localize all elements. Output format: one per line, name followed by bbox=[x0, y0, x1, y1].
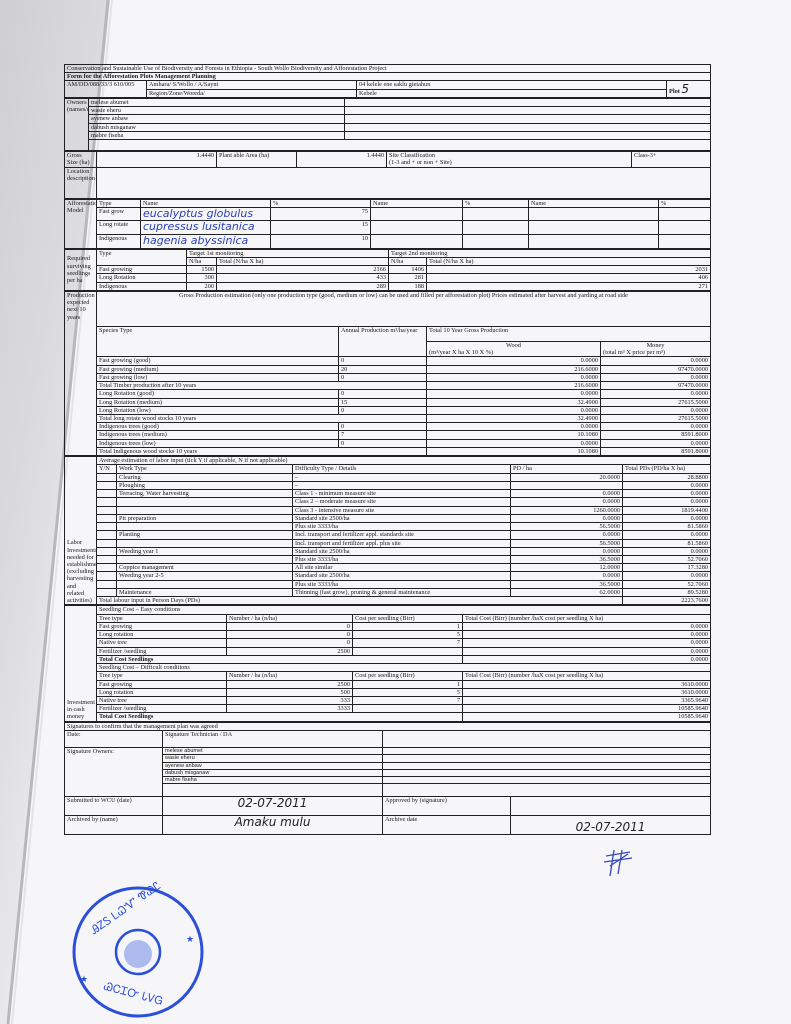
pd-ha[interactable]: 56.5000 bbox=[511, 539, 623, 547]
work-type: Clearing bbox=[117, 473, 293, 481]
location-value[interactable] bbox=[97, 167, 711, 198]
surviving-row: Indigenous200289188271 bbox=[65, 282, 711, 290]
total-cost: 3365.9640 bbox=[463, 696, 711, 704]
money-value: 8591.8000 bbox=[601, 431, 711, 439]
work-type: Weeding year 1 bbox=[117, 547, 293, 555]
model-header-name-2: Name bbox=[371, 199, 463, 207]
tree-type-header: Tree type bbox=[97, 614, 227, 622]
nha-2: 1406 bbox=[389, 266, 427, 274]
yn-checkbox[interactable] bbox=[97, 556, 117, 564]
work-type: Planting bbox=[117, 531, 293, 539]
yn-checkbox[interactable] bbox=[97, 547, 117, 555]
species-type: Indigenous trees (low) bbox=[97, 439, 339, 447]
total-cost-header: Total Cost (Birr) (number /haX cost per … bbox=[463, 614, 711, 622]
cost-seedling-header: Cost per seedling (Birr) bbox=[353, 614, 463, 622]
money-header: Money bbox=[603, 342, 708, 349]
difficulty-detail: Standard site 2500/ha bbox=[293, 547, 511, 555]
cost-per-seedling: 5 bbox=[353, 631, 463, 639]
seedling-total-value: 0.0000 bbox=[463, 655, 711, 663]
production-label: Production expected next 10 years bbox=[65, 291, 97, 455]
cost-per-seedling: 1 bbox=[353, 680, 463, 688]
number-ha-header: Number / ha (n/ha) bbox=[227, 614, 353, 622]
difficulty-detail: Plus site 3333/ha bbox=[293, 580, 511, 588]
production-row: Fast growing (good)00.00000.0000 bbox=[65, 357, 711, 365]
wood-value: 32.4900 bbox=[427, 415, 601, 423]
owners-signature-label: Signature Owners: bbox=[65, 747, 163, 797]
total-pds: 0.0000 bbox=[623, 572, 711, 580]
wood-value: 0.0000 bbox=[427, 357, 601, 365]
tree-type: Fast growing bbox=[97, 680, 227, 688]
number-ha[interactable]: 2500 bbox=[227, 680, 353, 688]
labor-label: Labor Investments needed for establishme… bbox=[65, 457, 97, 605]
production-row: Fast growing (medium)20216.600097470.000… bbox=[65, 365, 711, 373]
total-pds: 81.5860 bbox=[623, 523, 711, 531]
total-pds: 28.8800 bbox=[623, 473, 711, 481]
total-cost: 10585.9640 bbox=[463, 705, 711, 713]
seedling-cost-row: Fast growing010.0000 bbox=[65, 622, 711, 630]
model-type: Indigenous bbox=[97, 235, 141, 249]
nha-2: 188 bbox=[389, 282, 427, 290]
nha-1: 1500 bbox=[187, 266, 217, 274]
total-pds: 52.7060 bbox=[623, 556, 711, 564]
production-row: Long Rotation (low)00.00000.0000 bbox=[65, 406, 711, 414]
difficulty-detail: Class 3 - intensive measure site bbox=[293, 506, 511, 514]
svg-text:★: ★ bbox=[80, 974, 88, 984]
wood-value: 0.0000 bbox=[427, 390, 601, 398]
nha-2: 281 bbox=[389, 274, 427, 282]
seedling-cost-row: Native tree070.0000 bbox=[65, 639, 711, 647]
labor-table: Labor Investments needed for establishme… bbox=[64, 456, 711, 605]
target-1-header: Target 1st monitoring bbox=[187, 249, 389, 257]
work-type: Ploughing bbox=[117, 481, 293, 489]
model-species-name[interactable]: cupressus lusitanica bbox=[141, 221, 271, 235]
model-pct[interactable]: 10 bbox=[271, 235, 371, 249]
total-pds: 0.0000 bbox=[623, 481, 711, 489]
site-class-hint: (1-3 and + or non + Site) bbox=[389, 159, 629, 166]
owner-name[interactable]: dabush misganaw bbox=[89, 123, 345, 131]
yn-header: Y/N bbox=[97, 465, 117, 473]
difficulty-detail: Plus site 3333/ha bbox=[293, 523, 511, 531]
seedling-cost-title: Seedling Cost – Difficult conditions bbox=[97, 664, 711, 672]
model-type: Fast grow bbox=[97, 207, 141, 221]
total-pds: 0.0000 bbox=[623, 531, 711, 539]
money-sub: (total m³ X price per m³) bbox=[603, 349, 708, 356]
difficulty-detail: – bbox=[293, 473, 511, 481]
money-value: 0.0000 bbox=[601, 439, 711, 447]
official-stamp-icon: ᎯᏃᏚ ᏞᏇᏉ ᏡᏊᏝ ᏊᏟᏆᏅ ᏓᏙᏀ ★ ★ bbox=[66, 880, 216, 1020]
seedling-cost-row: Fertilizer /seedling25000.0000 bbox=[65, 647, 711, 655]
seedling-total-label: Total Cost Seedlings bbox=[97, 713, 463, 721]
owner-name[interactable]: wasie eheru bbox=[89, 107, 345, 115]
seedling-cost-row: Fertilizer /seedling333310585.9640 bbox=[65, 705, 711, 713]
work-type bbox=[117, 580, 293, 588]
date-label: Date: bbox=[65, 730, 163, 747]
labor-row: MaintenanceThinning (fast grow), pruning… bbox=[65, 588, 711, 596]
total-1: 289 bbox=[217, 282, 389, 290]
production-row: Fast growing (low)00.00000.0000 bbox=[65, 373, 711, 381]
money-value: 0.0000 bbox=[601, 390, 711, 398]
surviving-type: Fast growing bbox=[97, 266, 187, 274]
tree-type: Fast growing bbox=[97, 622, 227, 630]
wood-value: 0.0000 bbox=[427, 439, 601, 447]
wood-value: 10.1080 bbox=[427, 447, 601, 455]
difficulty-detail: – bbox=[293, 481, 511, 489]
money-value: 0.0000 bbox=[601, 373, 711, 381]
wood-value: 0.0000 bbox=[427, 373, 601, 381]
yn-checkbox[interactable] bbox=[97, 572, 117, 580]
pd-ha[interactable]: 0.0000 bbox=[511, 531, 623, 539]
total-header: Total (N/ha X ha) bbox=[217, 257, 389, 265]
work-type-header: Work Type bbox=[117, 465, 293, 473]
total-2: 406 bbox=[427, 274, 711, 282]
labor-row: Clearing–20.000028.8800 bbox=[65, 473, 711, 481]
total-cost: 0.0000 bbox=[463, 631, 711, 639]
cost-per-seedling: 7 bbox=[353, 639, 463, 647]
nha-1: 200 bbox=[187, 282, 217, 290]
model-header-name: Name bbox=[141, 199, 271, 207]
work-type bbox=[117, 498, 293, 506]
total-pds: 0.0000 bbox=[623, 498, 711, 506]
total-pds: 0.0000 bbox=[623, 547, 711, 555]
nha-1: 300 bbox=[187, 274, 217, 282]
model-label: Afforestation Model bbox=[65, 199, 97, 248]
investment-label: Investment in cash money bbox=[65, 606, 97, 721]
seedling-cost-row: Native tree33373365.9640 bbox=[65, 696, 711, 704]
labor-row: Ploughing–0.0000 bbox=[65, 481, 711, 489]
money-value: 0.0000 bbox=[601, 357, 711, 365]
difficulty-detail: Class 2 – moderate measure site bbox=[293, 498, 511, 506]
pd-ha[interactable]: 36.5000 bbox=[511, 580, 623, 588]
total-production-header: Total 10 Year Gross Production bbox=[427, 326, 711, 341]
total-2: 271 bbox=[427, 282, 711, 290]
model-species-name[interactable]: hagenia abyssinica bbox=[141, 235, 271, 249]
pd-ha[interactable]: 12.0000 bbox=[511, 564, 623, 572]
submitted-date[interactable]: 02-07-2011 bbox=[163, 797, 383, 816]
yn-checkbox[interactable] bbox=[97, 531, 117, 539]
annual-production[interactable]: 7 bbox=[339, 431, 427, 439]
technician-signature-label: Signature Technician / DA bbox=[163, 730, 383, 747]
approved-label: Approved by (signature) bbox=[383, 797, 511, 816]
annual-production[interactable]: 0 bbox=[339, 423, 427, 431]
plantable-area-label: Plant able Area (ha) bbox=[217, 152, 297, 167]
total-pds: 89.5280 bbox=[623, 588, 711, 596]
pd-ha-header: PD / ha bbox=[511, 465, 623, 473]
seedling-cost-row: Long rotation050.0000 bbox=[65, 631, 711, 639]
yn-checkbox[interactable] bbox=[97, 506, 117, 514]
surviving-type-header: Type bbox=[97, 249, 187, 265]
pd-ha[interactable]: 0.0000 bbox=[511, 514, 623, 522]
species-type: Total Indigenous wood stocks 10 years bbox=[97, 447, 427, 455]
cost-per-seedling bbox=[353, 647, 463, 655]
production-row: Long Rotation (good)00.00000.0000 bbox=[65, 390, 711, 398]
pd-ha[interactable]: 56.5000 bbox=[511, 523, 623, 531]
plot-label: Plot bbox=[669, 88, 680, 95]
labor-title: Average estimation of labor input (tick … bbox=[97, 457, 711, 465]
difficulty-detail: Standard site 2500/ha bbox=[293, 514, 511, 522]
surviving-row: Long Rotation300433281406 bbox=[65, 274, 711, 282]
number-ha[interactable]: 0 bbox=[227, 639, 353, 647]
site-class-label: Site Classification bbox=[389, 152, 629, 159]
difficulty-detail: All site similar bbox=[293, 564, 511, 572]
owners-label: Owners (names/contacts) bbox=[65, 98, 89, 150]
yn-checkbox[interactable] bbox=[97, 481, 117, 489]
number-ha[interactable]: 0 bbox=[227, 631, 353, 639]
yn-checkbox[interactable] bbox=[97, 514, 117, 522]
labor-row: Pit preparationStandard site 2500/ha0.00… bbox=[65, 514, 711, 522]
labor-total-label: Total labour input in Person Days (PDs) bbox=[97, 597, 623, 605]
approved-signature[interactable] bbox=[511, 797, 711, 816]
money-value: 27615.5000 bbox=[601, 398, 711, 406]
surviving-type: Long Rotation bbox=[97, 274, 187, 282]
difficulty-detail: Class 1 - minimum measure site bbox=[293, 490, 511, 498]
money-value: 8591.8000 bbox=[601, 447, 711, 455]
species-type: Fast growing (good) bbox=[97, 357, 339, 365]
species-type: Long Rotation (good) bbox=[97, 390, 339, 398]
project-title: Conservation and Sustainable Use of Biod… bbox=[65, 65, 711, 73]
model-header-name-3: Name bbox=[529, 199, 659, 207]
annual-production[interactable]: 0 bbox=[339, 373, 427, 381]
afforestation-model-table: Afforestation Model Type Name % Name % N… bbox=[64, 199, 711, 249]
pd-ha[interactable]: 0.0000 bbox=[511, 547, 623, 555]
owner-name[interactable]: ayenew anbaw bbox=[89, 115, 345, 123]
total-1: 2166 bbox=[217, 266, 389, 274]
species-type: Total long rotate wood stocks 10 years bbox=[97, 415, 427, 423]
pd-ha[interactable]: 36.5000 bbox=[511, 556, 623, 564]
plantable-area-value[interactable]: 1.4440 bbox=[297, 152, 387, 167]
form-header: Conservation and Sustainable Use of Biod… bbox=[64, 64, 711, 98]
total-cost: 0.0000 bbox=[463, 647, 711, 655]
archived-label: Archived by (name) bbox=[65, 816, 163, 835]
yn-checkbox[interactable] bbox=[97, 564, 117, 572]
total-pds-header: Total PDs (PD/ha X ha) bbox=[623, 465, 711, 473]
location-label: Location description bbox=[65, 167, 97, 198]
cost-seedling-header: Cost per seedling (Birr) bbox=[353, 672, 463, 680]
model-row: Indigenoushagenia abyssinica10 bbox=[65, 235, 711, 249]
species-header: Species Type bbox=[97, 326, 339, 356]
money-value: 0.0000 bbox=[601, 406, 711, 414]
model-header-type: Type bbox=[97, 199, 141, 207]
seedling-cost-row: Fast growing250013610.0000 bbox=[65, 680, 711, 688]
labor-row: Incl. transport and fertilizer appl. plu… bbox=[65, 539, 711, 547]
work-type bbox=[117, 523, 293, 531]
labor-row: Plus site 3333/ha56.500081.5860 bbox=[65, 523, 711, 531]
owner-name[interactable]: melese abumet bbox=[89, 98, 345, 106]
signatures-title: Signatures to confirm that the managemen… bbox=[65, 722, 711, 730]
model-pct[interactable]: 15 bbox=[271, 221, 371, 235]
model-pct[interactable]: 75 bbox=[271, 207, 371, 221]
work-type: Coppice management bbox=[117, 564, 293, 572]
number-ha[interactable]: 3333 bbox=[227, 705, 353, 713]
plot-number[interactable]: 5 bbox=[681, 82, 689, 96]
total-pds: 52.7060 bbox=[623, 580, 711, 588]
tree-type: Fertilizer /seedling bbox=[97, 647, 227, 655]
pd-ha[interactable]: 0.0000 bbox=[511, 572, 623, 580]
number-ha[interactable]: 500 bbox=[227, 688, 353, 696]
technician-signature-field[interactable] bbox=[383, 730, 711, 747]
annual-production[interactable]: 15 bbox=[339, 398, 427, 406]
cost-per-seedling: 1 bbox=[353, 622, 463, 630]
cost-per-seedling: 7 bbox=[353, 696, 463, 704]
owner-signature[interactable]: dabush misganaw bbox=[163, 769, 383, 776]
tree-type: Long rotation bbox=[97, 688, 227, 696]
total-pds: 0.0000 bbox=[623, 514, 711, 522]
owner-signature[interactable]: ayenew anbaw bbox=[163, 762, 383, 769]
approval-signature-mark bbox=[600, 848, 640, 878]
work-type: Maintenance bbox=[117, 588, 293, 596]
labor-row: Coppice managementAll site similar12.000… bbox=[65, 564, 711, 572]
yn-checkbox[interactable] bbox=[97, 580, 117, 588]
target-2-header: Target 2nd monitoring bbox=[389, 249, 711, 257]
cost-per-seedling: 5 bbox=[353, 688, 463, 696]
submitted-label: Submitted to WCU (date) bbox=[65, 797, 163, 816]
total-pds: 1819.4400 bbox=[623, 506, 711, 514]
region-value[interactable]: Amhara/ S/Wollo / A/Saynt bbox=[147, 81, 357, 89]
total-cost: 0.0000 bbox=[463, 622, 711, 630]
tree-type: Native tree bbox=[97, 696, 227, 704]
work-type bbox=[117, 539, 293, 547]
kebele-value[interactable]: 04 kelele ene saklu gietahun bbox=[357, 81, 667, 89]
money-value: 97470.0000 bbox=[601, 382, 711, 390]
seedling-total-value: 10585.9640 bbox=[463, 713, 711, 721]
annual-header: Annual Production m³/ha/year bbox=[339, 326, 427, 356]
form-title: Form for the Afforestation Plots Managem… bbox=[65, 73, 711, 81]
owner-signature[interactable]: wasie eheru bbox=[163, 755, 383, 762]
difficulty-detail: Plus site 3333/ha bbox=[293, 556, 511, 564]
owners-table: Owners (names/contacts)melese abumet was… bbox=[64, 98, 711, 151]
production-row: Indigenous trees (medium)710.10808591.80… bbox=[65, 431, 711, 439]
number-ha[interactable]: 0 bbox=[227, 622, 353, 630]
production-row: Indigenous trees (good)00.00000.0000 bbox=[65, 423, 711, 431]
tree-type: Native tree bbox=[97, 639, 227, 647]
yn-checkbox[interactable] bbox=[97, 588, 117, 596]
model-header-pct-3: % bbox=[659, 199, 711, 207]
gross-size-value[interactable]: 1.4440 bbox=[97, 152, 217, 167]
number-ha[interactable]: 333 bbox=[227, 696, 353, 704]
model-row: Long rotatecupressus lusitanica15 bbox=[65, 221, 711, 235]
production-total-row: Total Timber production after 10 years21… bbox=[65, 382, 711, 390]
wood-value: 216.6000 bbox=[427, 365, 601, 373]
labor-row: PlantingIncl. transport and fertilizer a… bbox=[65, 531, 711, 539]
owner-signature[interactable]: melese abumet bbox=[163, 747, 383, 754]
model-type: Long rotate bbox=[97, 221, 141, 235]
tree-type: Fertilizer /seedling bbox=[97, 705, 227, 713]
annual-production[interactable]: 0 bbox=[339, 357, 427, 365]
seedling-total-row: Total Cost Seedlings10585.9640 bbox=[65, 713, 711, 721]
seedling-cost-title: Seedling Cost – Easy conditions bbox=[97, 606, 711, 614]
cost-per-seedling bbox=[353, 705, 463, 713]
work-type: Terracing, Water harvesting bbox=[117, 490, 293, 498]
model-header-pct: % bbox=[271, 199, 371, 207]
owner-name[interactable]: mabre fiseha bbox=[89, 131, 345, 139]
yn-checkbox[interactable] bbox=[97, 539, 117, 547]
plot-code: AM/DD/088/33/3 610/005 bbox=[65, 81, 147, 97]
model-species-name[interactable]: eucalyptus globulus bbox=[141, 207, 271, 221]
yn-checkbox[interactable] bbox=[97, 498, 117, 506]
species-type: Indigenous trees (good) bbox=[97, 423, 339, 431]
surviving-seedlings-table: Required surviving seedlings per ha Type… bbox=[64, 249, 711, 291]
difficulty-header: Difficulty Type / Details bbox=[293, 465, 511, 473]
number-ha[interactable]: 2500 bbox=[227, 647, 353, 655]
difficulty-detail: Standard site 2500/ha bbox=[293, 572, 511, 580]
annual-production[interactable]: 0 bbox=[339, 439, 427, 447]
pd-ha[interactable]: 0.0000 bbox=[511, 498, 623, 506]
surviving-row: Fast growing1500216614062031 bbox=[65, 266, 711, 274]
production-row: Indigenous trees (low)00.00000.0000 bbox=[65, 439, 711, 447]
region-label: Region/Zone/Woreda/ bbox=[147, 89, 357, 97]
site-table: Gross Size (ha) 1.4440 Plant able Area (… bbox=[64, 151, 711, 198]
difficulty-detail: Incl. transport and fertilizer appl. sta… bbox=[293, 531, 511, 539]
production-total-row: Total Indigenous wood stocks 10 years10.… bbox=[65, 447, 711, 455]
labor-row: Class 3 - intensive measure site1260.000… bbox=[65, 506, 711, 514]
total-pds: 17.3280 bbox=[623, 564, 711, 572]
total-header: Total (N/ha X ha) bbox=[427, 257, 711, 265]
pd-ha[interactable]: 1260.0000 bbox=[511, 506, 623, 514]
labor-total-value: 2223.7600 bbox=[623, 597, 711, 605]
total-cost: 3610.0000 bbox=[463, 680, 711, 688]
work-type bbox=[117, 506, 293, 514]
money-value: 0.0000 bbox=[601, 423, 711, 431]
wood-header: Wood bbox=[429, 342, 598, 349]
production-row: Long Rotation (medium)1532.490027615.500… bbox=[65, 398, 711, 406]
labor-row: Class 2 – moderate measure site0.00000.0… bbox=[65, 498, 711, 506]
surviving-type: Indigenous bbox=[97, 282, 187, 290]
difficulty-detail: Thinning (fast grow), pruning & general … bbox=[293, 588, 511, 596]
labor-row: Weeding year 2-5Standard site 2500/ha0.0… bbox=[65, 572, 711, 580]
species-type: Indigenous trees (medium) bbox=[97, 431, 339, 439]
investment-table: Investment in cash moneySeedling Cost – … bbox=[64, 605, 711, 721]
total-pds: 0.0000 bbox=[623, 490, 711, 498]
site-class-value[interactable]: Class-3+ bbox=[632, 152, 711, 167]
work-type bbox=[117, 556, 293, 564]
wood-value: 32.4900 bbox=[427, 398, 601, 406]
pd-ha[interactable]: 62.0000 bbox=[511, 588, 623, 596]
total-cost-header: Total Cost (Birr) (number /haX cost per … bbox=[463, 672, 711, 680]
seedling-total-row: Total Cost Seedlings0.0000 bbox=[65, 655, 711, 663]
annual-production[interactable]: 20 bbox=[339, 365, 427, 373]
total-cost: 0.0000 bbox=[463, 639, 711, 647]
production-total-row: Total long rotate wood stocks 10 years32… bbox=[65, 415, 711, 423]
yn-checkbox[interactable] bbox=[97, 490, 117, 498]
annual-production[interactable]: 0 bbox=[339, 406, 427, 414]
archive-date[interactable]: 02-07-2011 bbox=[511, 816, 711, 835]
pd-ha[interactable] bbox=[511, 481, 623, 489]
species-type: Fast growing (low) bbox=[97, 373, 339, 381]
species-type: Long Rotation (low) bbox=[97, 406, 339, 414]
number-ha-header: Number / ha (n/ha) bbox=[227, 672, 353, 680]
wood-value: 10.1080 bbox=[427, 431, 601, 439]
production-table: Production expected next 10 years Gross … bbox=[64, 291, 711, 456]
pd-ha[interactable]: 20.0000 bbox=[511, 473, 623, 481]
total-cost: 3610.0000 bbox=[463, 688, 711, 696]
svg-text:★: ★ bbox=[186, 934, 194, 944]
production-note: Gross Production estimation (only one pr… bbox=[97, 291, 711, 326]
pd-ha[interactable]: 0.0000 bbox=[511, 490, 623, 498]
yn-checkbox[interactable] bbox=[97, 473, 117, 481]
model-header-pct-2: % bbox=[463, 199, 529, 207]
labor-row: Plus site 3333/ha36.500052.7060 bbox=[65, 556, 711, 564]
yn-checkbox[interactable] bbox=[97, 523, 117, 531]
signatures-table: Signatures to confirm that the managemen… bbox=[64, 722, 711, 836]
archived-by[interactable]: Amaku mulu bbox=[163, 816, 383, 835]
owner-signature[interactable]: mabre fiseha bbox=[163, 777, 383, 784]
seedling-cost-row: Long rotation50053610.0000 bbox=[65, 688, 711, 696]
seedling-total-label: Total Cost Seedlings bbox=[97, 655, 463, 663]
work-type: Pit preparation bbox=[117, 514, 293, 522]
total-pds: 81.5860 bbox=[623, 539, 711, 547]
annual-production[interactable]: 0 bbox=[339, 390, 427, 398]
labor-row: Weeding year 1Standard site 2500/ha0.000… bbox=[65, 547, 711, 555]
labor-total-row: Total labour input in Person Days (PDs)2… bbox=[65, 597, 711, 605]
